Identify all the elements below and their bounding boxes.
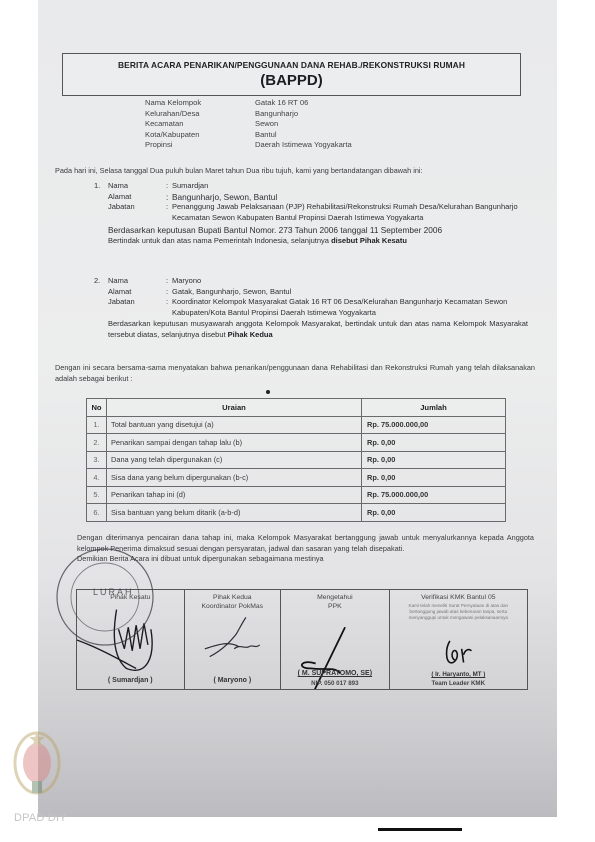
withdrawal-table: No Uraian Jumlah 1.Total bantuan yang di… (86, 398, 506, 522)
closing-paragraph: Dengan diterimanya pencairan dana tahap … (77, 533, 534, 565)
signature-mengetahui: MengetahuiPPK ( M. SUPRATOMO, SE) NIP. 0… (281, 590, 390, 689)
info-row: KecamatanSewon (145, 119, 352, 130)
group-info: Nama KelompokGatak 16 RT 06 Kelurahan/De… (145, 98, 352, 151)
party-1: 1.Nama:Sumardjan Alamat:Bangunharjo, Sew… (94, 181, 528, 246)
signature-table: Pihak Kesatu ( Sumardjan ) Pihak KeduaKo… (76, 589, 528, 690)
info-row: Kelurahan/DesaBangunharjo (145, 109, 352, 120)
signer-role: Team Leader KMK (390, 680, 527, 687)
watermark-text: DPAD DIY (14, 812, 67, 824)
table-row: 1.Total bantuan yang disetujui (a)Rp. 75… (87, 416, 506, 434)
intro-paragraph: Pada hari ini, Selasa tanggal Dua puluh … (55, 166, 535, 177)
declaration-paragraph: Dengan ini secara bersama-sama menyataka… (55, 363, 535, 384)
scan-mark (378, 828, 462, 831)
signature-pihak-kesatu: Pihak Kesatu ( Sumardjan ) (77, 590, 185, 689)
header-uraian: Uraian (107, 399, 362, 417)
header-no: No (87, 399, 107, 417)
party-2: 2.Nama:Maryono Alamat:Gatak, Bangunharjo… (94, 276, 528, 340)
signer-name: ( Maryono ) (185, 677, 281, 684)
table-row: 2.Penarikan sampai dengan tahap lalu (b)… (87, 434, 506, 452)
table-row: 4.Sisa dana yang belum dipergunakan (b-c… (87, 469, 506, 487)
signature-sumardjan-icon (77, 590, 184, 689)
table-row: 6.Sisa bantuan yang belum ditarik (a-b-d… (87, 504, 506, 522)
signature-pihak-kedua: Pihak KeduaKoordinator PokMas ( Maryono … (185, 590, 282, 689)
document-title-box: BERITA ACARA PENARIKAN/PENGGUNAAN DANA R… (62, 53, 521, 96)
signer-name: ( Ir. Haryanto, MT ) (390, 671, 527, 678)
info-row: Nama KelompokGatak 16 RT 06 (145, 98, 352, 109)
info-row: PropinsiDaerah Istimewa Yogyakarta (145, 140, 352, 151)
document-subtitle: (BAPPD) (63, 72, 520, 89)
party-2-name: Maryono (172, 276, 524, 287)
signer-name: ( Sumardjan ) (77, 677, 184, 684)
ink-dot (266, 390, 270, 394)
info-row: Kota/KabupatenBantul (145, 130, 352, 141)
signature-verifikasi: Verifikasi KMK Bantul 05 Kami telah mene… (390, 590, 527, 689)
signer-nip: NIP. 050 017 893 (281, 680, 389, 687)
table-row: 3.Dana yang telah dipergunakan (c)Rp. 0,… (87, 451, 506, 469)
party-1-name: Sumardjan (172, 181, 524, 192)
signer-name: ( M. SUPRATOMO, SE) (281, 670, 389, 677)
document-title: BERITA ACARA PENARIKAN/PENGGUNAAN DANA R… (63, 60, 520, 70)
dpad-logo-icon (12, 723, 62, 803)
header-jumlah: Jumlah (362, 399, 506, 417)
table-row: 5.Penarikan tahap ini (d)Rp. 75.000.000,… (87, 486, 506, 504)
